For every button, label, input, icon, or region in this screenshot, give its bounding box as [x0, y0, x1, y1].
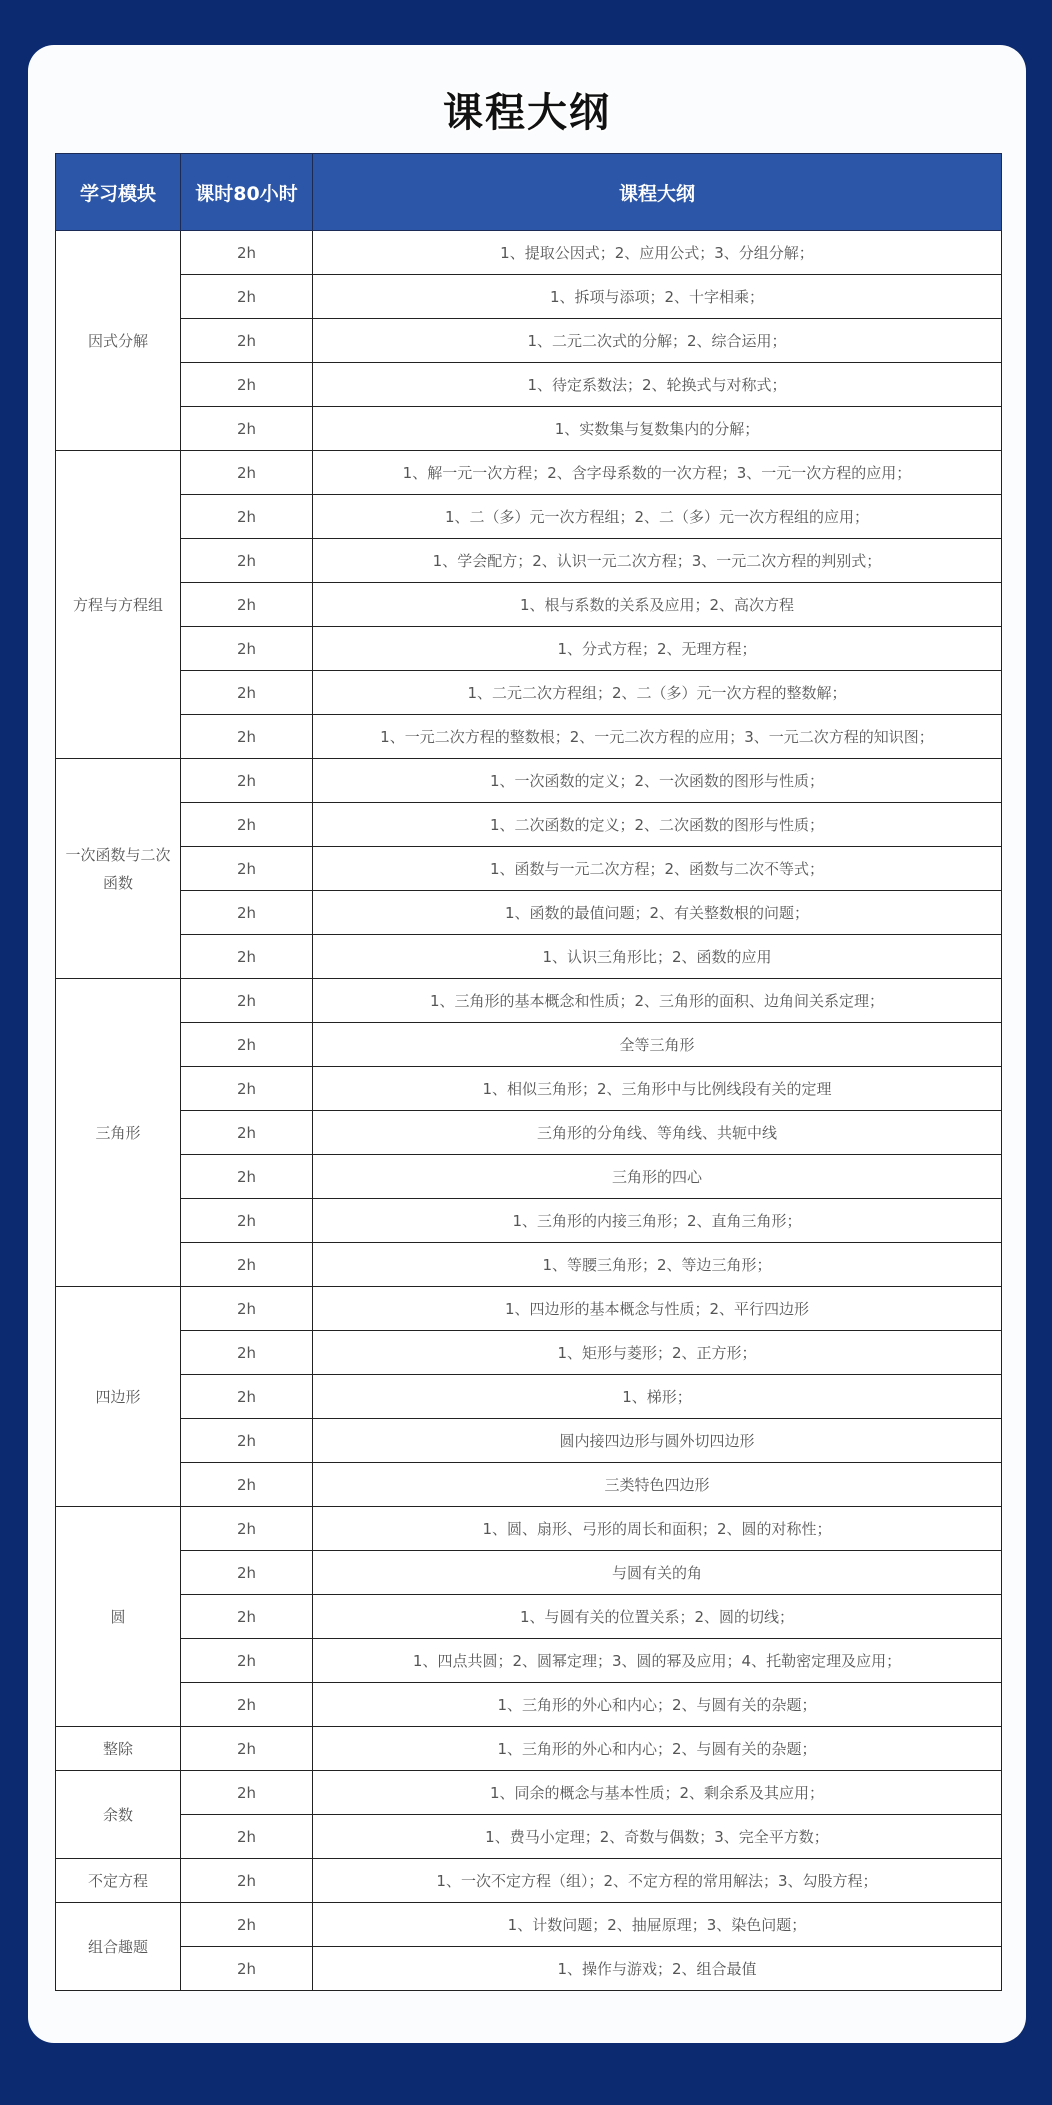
lesson-content-cell: 1、二（多）元一次方程组；2、二（多）元一次方程组的应用；: [313, 495, 1002, 539]
lesson-hours-cell: 2h: [181, 451, 313, 495]
lesson-hours-cell: 2h: [181, 407, 313, 451]
page-title: 课程大纲: [443, 85, 611, 141]
lesson-hours-cell: 2h: [181, 1111, 313, 1155]
syllabus-table: 学习模块 课时80小时 课程大纲 因式分解2h1、提取公因式；2、应用公式；3、…: [55, 153, 1002, 1991]
table-row: 2h1、费马小定理；2、奇数与偶数；3、完全平方数；: [56, 1815, 1002, 1859]
lesson-content-cell: 1、三角形的基本概念和性质；2、三角形的面积、边角间关系定理；: [313, 979, 1002, 1023]
table-row: 2h1、学会配方；2、认识一元二次方程；3、一元二次方程的判别式；: [56, 539, 1002, 583]
lesson-hours-cell: 2h: [181, 1463, 313, 1507]
syllabus-card: 课程大纲 学习模块 课时80小时 课程大纲 因式分解2h1、提取公因式；2、应用…: [28, 45, 1026, 2043]
table-row: 余数2h1、同余的概念与基本性质；2、剩余系及其应用；: [56, 1771, 1002, 1815]
lesson-hours-cell: 2h: [181, 1375, 313, 1419]
lesson-content-cell: 1、待定系数法；2、轮换式与对称式；: [313, 363, 1002, 407]
lesson-content-cell: 1、同余的概念与基本性质；2、剩余系及其应用；: [313, 1771, 1002, 1815]
lesson-content-cell: 1、学会配方；2、认识一元二次方程；3、一元二次方程的判别式；: [313, 539, 1002, 583]
table-row: 2h1、三角形的外心和内心；2、与圆有关的杂题；: [56, 1683, 1002, 1727]
table-row: 2h1、拆项与添项；2、十字相乘；: [56, 275, 1002, 319]
lesson-content-cell: 1、函数的最值问题；2、有关整数根的问题；: [313, 891, 1002, 935]
lesson-content-cell: 1、函数与一元二次方程；2、函数与二次不等式；: [313, 847, 1002, 891]
lesson-content-cell: 1、根与系数的关系及应用；2、高次方程: [313, 583, 1002, 627]
lesson-hours-cell: 2h: [181, 759, 313, 803]
lesson-content-cell: 1、等腰三角形；2、等边三角形；: [313, 1243, 1002, 1287]
lesson-content-cell: 1、二元二次式的分解；2、综合运用；: [313, 319, 1002, 363]
lesson-content-cell: 三角形的分角线、等角线、共轭中线: [313, 1111, 1002, 1155]
lesson-hours-cell: 2h: [181, 1155, 313, 1199]
lesson-content-cell: 三角形的四心: [313, 1155, 1002, 1199]
lesson-hours-cell: 2h: [181, 495, 313, 539]
header-outline: 课程大纲: [313, 154, 1002, 231]
table-row: 2h1、认识三角形比；2、函数的应用: [56, 935, 1002, 979]
table-row: 2h1、函数的最值问题；2、有关整数根的问题；: [56, 891, 1002, 935]
lesson-hours-cell: 2h: [181, 1243, 313, 1287]
module-name-cell: 组合趣题: [56, 1903, 181, 1991]
lesson-content-cell: 1、分式方程；2、无理方程；: [313, 627, 1002, 671]
table-row: 2h1、操作与游戏；2、组合最值: [56, 1947, 1002, 1991]
lesson-content-cell: 1、实数集与复数集内的分解；: [313, 407, 1002, 451]
table-row: 2h1、函数与一元二次方程；2、函数与二次不等式；: [56, 847, 1002, 891]
lesson-content-cell: 1、计数问题；2、抽屉原理；3、染色问题；: [313, 1903, 1002, 1947]
module-name-cell: 四边形: [56, 1287, 181, 1507]
lesson-hours-cell: 2h: [181, 1507, 313, 1551]
table-row: 2h1、二次函数的定义；2、二次函数的图形与性质；: [56, 803, 1002, 847]
lesson-hours-cell: 2h: [181, 715, 313, 759]
table-row: 2h1、与圆有关的位置关系；2、圆的切线；: [56, 1595, 1002, 1639]
lesson-content-cell: 1、梯形；: [313, 1375, 1002, 1419]
lesson-content-cell: 三类特色四边形: [313, 1463, 1002, 1507]
lesson-content-cell: 1、解一元一次方程；2、含字母系数的一次方程；3、一元一次方程的应用；: [313, 451, 1002, 495]
lesson-content-cell: 1、与圆有关的位置关系；2、圆的切线；: [313, 1595, 1002, 1639]
table-row: 一次函数与二次函数2h1、一次函数的定义；2、一次函数的图形与性质；: [56, 759, 1002, 803]
lesson-hours-cell: 2h: [181, 847, 313, 891]
lesson-hours-cell: 2h: [181, 583, 313, 627]
lesson-hours-cell: 2h: [181, 803, 313, 847]
module-name-cell: 方程与方程组: [56, 451, 181, 759]
module-name-cell: 余数: [56, 1771, 181, 1859]
table-row: 2h三角形的分角线、等角线、共轭中线: [56, 1111, 1002, 1155]
lesson-hours-cell: 2h: [181, 1771, 313, 1815]
table-row: 2h1、梯形；: [56, 1375, 1002, 1419]
lesson-hours-cell: 2h: [181, 1903, 313, 1947]
lesson-hours-cell: 2h: [181, 1859, 313, 1903]
lesson-content-cell: 1、三角形的内接三角形；2、直角三角形；: [313, 1199, 1002, 1243]
lesson-content-cell: 1、矩形与菱形；2、正方形；: [313, 1331, 1002, 1375]
module-name-cell: 整除: [56, 1727, 181, 1771]
lesson-content-cell: 1、一次不定方程（组）；2、不定方程的常用解法；3、勾股方程；: [313, 1859, 1002, 1903]
lesson-hours-cell: 2h: [181, 1331, 313, 1375]
table-row: 因式分解2h1、提取公因式；2、应用公式；3、分组分解；: [56, 231, 1002, 275]
module-name-cell: 三角形: [56, 979, 181, 1287]
header-module: 学习模块: [56, 154, 181, 231]
lesson-content-cell: 1、费马小定理；2、奇数与偶数；3、完全平方数；: [313, 1815, 1002, 1859]
table-row: 圆2h1、圆、扇形、弓形的周长和面积；2、圆的对称性；: [56, 1507, 1002, 1551]
lesson-hours-cell: 2h: [181, 1419, 313, 1463]
table-row: 2h1、根与系数的关系及应用；2、高次方程: [56, 583, 1002, 627]
lesson-hours-cell: 2h: [181, 671, 313, 715]
table-row: 组合趣题2h1、计数问题；2、抽屉原理；3、染色问题；: [56, 1903, 1002, 1947]
lesson-content-cell: 圆内接四边形与圆外切四边形: [313, 1419, 1002, 1463]
table-row: 三角形2h1、三角形的基本概念和性质；2、三角形的面积、边角间关系定理；: [56, 979, 1002, 1023]
module-name-cell: 不定方程: [56, 1859, 181, 1903]
lesson-content-cell: 全等三角形: [313, 1023, 1002, 1067]
lesson-hours-cell: 2h: [181, 363, 313, 407]
module-name-cell: 一次函数与二次函数: [56, 759, 181, 979]
table-row: 2h1、等腰三角形；2、等边三角形；: [56, 1243, 1002, 1287]
lesson-content-cell: 1、一次函数的定义；2、一次函数的图形与性质；: [313, 759, 1002, 803]
lesson-content-cell: 1、二次函数的定义；2、二次函数的图形与性质；: [313, 803, 1002, 847]
lesson-content-cell: 与圆有关的角: [313, 1551, 1002, 1595]
table-row: 2h圆内接四边形与圆外切四边形: [56, 1419, 1002, 1463]
lesson-content-cell: 1、三角形的外心和内心；2、与圆有关的杂题；: [313, 1727, 1002, 1771]
lesson-content-cell: 1、提取公因式；2、应用公式；3、分组分解；: [313, 231, 1002, 275]
table-header-row: 学习模块 课时80小时 课程大纲: [56, 154, 1002, 231]
lesson-hours-cell: 2h: [181, 1639, 313, 1683]
lesson-content-cell: 1、认识三角形比；2、函数的应用: [313, 935, 1002, 979]
table-row: 2h三角形的四心: [56, 1155, 1002, 1199]
lesson-hours-cell: 2h: [181, 1551, 313, 1595]
lesson-content-cell: 1、三角形的外心和内心；2、与圆有关的杂题；: [313, 1683, 1002, 1727]
table-row: 不定方程2h1、一次不定方程（组）；2、不定方程的常用解法；3、勾股方程；: [56, 1859, 1002, 1903]
lesson-hours-cell: 2h: [181, 1199, 313, 1243]
lesson-hours-cell: 2h: [181, 1595, 313, 1639]
lesson-content-cell: 1、拆项与添项；2、十字相乘；: [313, 275, 1002, 319]
lesson-content-cell: 1、操作与游戏；2、组合最值: [313, 1947, 1002, 1991]
table-row: 2h1、二元二次式的分解；2、综合运用；: [56, 319, 1002, 363]
lesson-content-cell: 1、圆、扇形、弓形的周长和面积；2、圆的对称性；: [313, 1507, 1002, 1551]
lesson-hours-cell: 2h: [181, 1727, 313, 1771]
lesson-hours-cell: 2h: [181, 1023, 313, 1067]
table-row: 2h与圆有关的角: [56, 1551, 1002, 1595]
table-row: 2h1、分式方程；2、无理方程；: [56, 627, 1002, 671]
table-row: 2h1、三角形的内接三角形；2、直角三角形；: [56, 1199, 1002, 1243]
lesson-hours-cell: 2h: [181, 979, 313, 1023]
lesson-hours-cell: 2h: [181, 1947, 313, 1991]
lesson-hours-cell: 2h: [181, 891, 313, 935]
table-row: 四边形2h1、四边形的基本概念与性质；2、平行四边形: [56, 1287, 1002, 1331]
table-row: 2h全等三角形: [56, 1023, 1002, 1067]
table-row: 2h1、二（多）元一次方程组；2、二（多）元一次方程组的应用；: [56, 495, 1002, 539]
table-row: 2h三类特色四边形: [56, 1463, 1002, 1507]
lesson-content-cell: 1、四点共圆；2、圆幂定理；3、圆的幂及应用；4、托勒密定理及应用；: [313, 1639, 1002, 1683]
lesson-content-cell: 1、相似三角形；2、三角形中与比例线段有关的定理: [313, 1067, 1002, 1111]
table-row: 整除2h1、三角形的外心和内心；2、与圆有关的杂题；: [56, 1727, 1002, 1771]
lesson-hours-cell: 2h: [181, 1683, 313, 1727]
lesson-hours-cell: 2h: [181, 1815, 313, 1859]
module-name-cell: 圆: [56, 1507, 181, 1727]
lesson-hours-cell: 2h: [181, 319, 313, 363]
table-row: 2h1、待定系数法；2、轮换式与对称式；: [56, 363, 1002, 407]
table-row: 方程与方程组2h1、解一元一次方程；2、含字母系数的一次方程；3、一元一次方程的…: [56, 451, 1002, 495]
lesson-content-cell: 1、一元二次方程的整数根；2、一元二次方程的应用；3、一元二次方程的知识图；: [313, 715, 1002, 759]
table-row: 2h1、一元二次方程的整数根；2、一元二次方程的应用；3、一元二次方程的知识图；: [56, 715, 1002, 759]
table-body: 因式分解2h1、提取公因式；2、应用公式；3、分组分解；2h1、拆项与添项；2、…: [56, 231, 1002, 1991]
table-row: 2h1、二元二次方程组；2、二（多）元一次方程的整数解；: [56, 671, 1002, 715]
lesson-hours-cell: 2h: [181, 935, 313, 979]
lesson-hours-cell: 2h: [181, 231, 313, 275]
lesson-hours-cell: 2h: [181, 1067, 313, 1111]
module-name-cell: 因式分解: [56, 231, 181, 451]
lesson-hours-cell: 2h: [181, 627, 313, 671]
lesson-content-cell: 1、四边形的基本概念与性质；2、平行四边形: [313, 1287, 1002, 1331]
lesson-content-cell: 1、二元二次方程组；2、二（多）元一次方程的整数解；: [313, 671, 1002, 715]
lesson-hours-cell: 2h: [181, 1287, 313, 1331]
table-row: 2h1、四点共圆；2、圆幂定理；3、圆的幂及应用；4、托勒密定理及应用；: [56, 1639, 1002, 1683]
lesson-hours-cell: 2h: [181, 275, 313, 319]
table-row: 2h1、实数集与复数集内的分解；: [56, 407, 1002, 451]
table-row: 2h1、矩形与菱形；2、正方形；: [56, 1331, 1002, 1375]
header-hours: 课时80小时: [181, 154, 313, 231]
lesson-hours-cell: 2h: [181, 539, 313, 583]
table-row: 2h1、相似三角形；2、三角形中与比例线段有关的定理: [56, 1067, 1002, 1111]
